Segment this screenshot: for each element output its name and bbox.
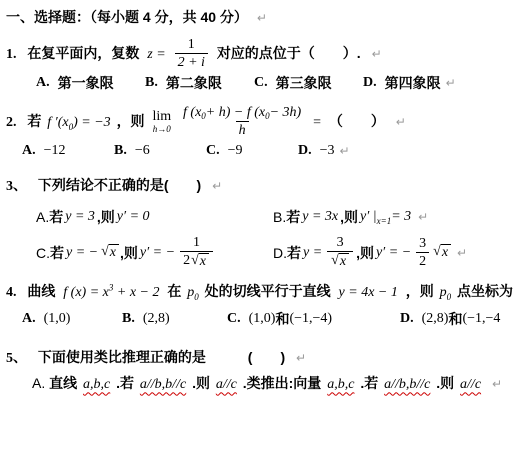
math-expression: a//c	[460, 377, 481, 392]
option-label: D.	[363, 75, 377, 91]
sqrt-radical: √x	[101, 244, 119, 261]
option-c: C. (1,0) 和 (−1,−4)	[227, 309, 400, 329]
paragraph-mark: ↵	[457, 246, 467, 260]
stem-text: ，则	[117, 113, 145, 129]
paragraph-mark: ↵	[396, 115, 406, 129]
fraction: 3 2	[416, 236, 429, 270]
option-text: 若	[50, 243, 64, 263]
option-b: B. −6	[114, 143, 206, 159]
answer-blank: （ ）	[329, 113, 385, 129]
option-text: 若	[49, 207, 63, 227]
question-2-options: A. −12 B. −6 C. −9 D. −3 ↵	[22, 143, 517, 159]
math-expression: p0	[187, 285, 199, 300]
option-label: A.	[36, 209, 49, 225]
option-text: .若	[116, 375, 134, 391]
exam-document: 一、选择题：（每小题 4 分，共 40 分） ↵ 1. 在复平面内，复数 z =…	[0, 0, 519, 393]
option-label: C.	[254, 75, 268, 91]
math-expression: a//b,b//c	[140, 377, 186, 392]
option-text: (1,0)	[249, 311, 276, 327]
limit-word: lim	[152, 110, 171, 124]
option-b: B. 若 y = 3x ,则 y′ |x=1= 3 ↵	[273, 207, 428, 227]
option-text: .若	[360, 375, 378, 391]
option-label: C.	[206, 143, 220, 159]
option-text: ,则	[340, 207, 358, 227]
option-label: D.	[400, 311, 414, 327]
denominator: h	[236, 121, 249, 139]
option-text: −3	[320, 143, 335, 159]
question-1-options: A. 第一象限 B. 第二象限 C. 第三象限 D. 第四象限 ↵	[36, 73, 517, 93]
numerator: f (x0 + h) − f (x0 − 3h)	[180, 105, 304, 121]
option-text: (−1,−4	[462, 311, 500, 327]
radical-sign: √	[433, 244, 441, 260]
stem-text: 对应的点位于（ ）.	[217, 45, 361, 61]
paragraph-mark: ↵	[492, 377, 502, 391]
radicand: x	[199, 253, 209, 270]
math-expression: f (x) = x3 + x − 2	[63, 285, 159, 300]
math-expression: a//c	[216, 377, 237, 392]
numerator: 3	[334, 235, 347, 251]
option-label: C.	[227, 311, 241, 327]
option-text: 第二象限	[166, 73, 222, 93]
option-label: A.	[32, 375, 45, 391]
math-expression: a,b,c	[83, 377, 110, 392]
numerator: 1	[185, 37, 198, 53]
stem-text: 若	[27, 113, 41, 129]
option-text: −6	[135, 143, 150, 159]
question-3-stem: 3、 下列结论不正确的是( ) ↵	[6, 175, 517, 195]
option-text: (−1,−4)	[289, 311, 332, 327]
option-d: D. 若 y = 3 √x ,则 y′ = − 3 2 √x ↵	[273, 235, 467, 270]
radicand: x	[441, 244, 451, 261]
option-d: D. (2,8) 和 (−1,−4	[400, 309, 500, 329]
radical-sign: √	[331, 253, 339, 269]
sqrt-radical: √x	[433, 244, 451, 261]
option-text: (2,8)	[143, 311, 170, 327]
option-c: C. −9	[206, 143, 298, 159]
math-expression: y′ = −	[140, 245, 175, 261]
paragraph-mark: ↵	[212, 179, 222, 193]
paragraph-mark: ↵	[418, 210, 428, 224]
numerator: 3	[416, 236, 429, 252]
option-d: D. 第四象限 ↵	[363, 73, 456, 93]
question-1-stem: 1. 在复平面内，复数 z = 1 2 + i 对应的点位于（ ）. ↵	[6, 37, 517, 71]
option-d: D. −3 ↵	[298, 143, 350, 159]
question-4-stem: 4. 曲线 f (x) = x3 + x − 2 在 p0 处的切线平行于直线 …	[6, 281, 517, 302]
option-text: 和	[448, 309, 462, 329]
denominator: √x	[327, 251, 353, 270]
limit-operator: lim h→0	[152, 110, 171, 134]
option-text: ,则	[97, 207, 115, 227]
section-title-text: 一、选择题：（每小题 4 分，共 40 分）	[6, 9, 248, 25]
option-label: A.	[22, 143, 36, 159]
section-title: 一、选择题：（每小题 4 分，共 40 分） ↵	[6, 7, 517, 27]
denominator: 2√x	[180, 251, 213, 270]
option-label: A.	[36, 75, 50, 91]
fraction: 3 √x	[327, 235, 353, 270]
question-5-stem: 5、 下面使用类比推理正确的是 ( ) ↵	[6, 347, 517, 367]
paragraph-mark: ↵	[257, 11, 267, 25]
option-a: A. 第一象限	[36, 73, 145, 93]
option-text: .则	[192, 375, 210, 391]
option-label: B.	[273, 209, 286, 225]
option-a: A. −12	[22, 143, 114, 159]
paragraph-mark: ↵	[446, 76, 456, 90]
option-text: 直线	[49, 375, 77, 391]
option-text: .类推出:向量	[243, 375, 322, 391]
math-expression: y = 3	[65, 209, 95, 225]
limit-subscript: h→0	[153, 125, 171, 134]
option-text: −9	[228, 143, 243, 159]
stem-text: ，则	[406, 283, 434, 299]
radical-sign: √	[101, 244, 109, 260]
question-number: 3、	[6, 179, 27, 194]
question-number: 4.	[6, 285, 17, 300]
math-expression: a,b,c	[327, 377, 354, 392]
math-expression: y′ = −	[376, 245, 411, 261]
stem-text: 在复平面内，复数	[27, 45, 139, 61]
math-expression: y = 4x − 1	[339, 285, 398, 300]
subscript: 0	[194, 291, 199, 301]
option-a: A. 若 y = 3 ,则 y′ = 0	[36, 207, 273, 227]
math-expression: z =	[147, 47, 165, 62]
radical-sign: √	[191, 253, 199, 269]
math-expression: y′ |x=1= 3	[360, 209, 411, 226]
answer-blank: ( )	[248, 349, 285, 365]
question-2-stem: 2. 若 f ′(x0) = −3 ，则 lim h→0 f (x0 + h) …	[6, 105, 517, 139]
option-text: 若	[286, 207, 300, 227]
subscript: 0	[447, 291, 452, 301]
option-b: B. 第二象限	[145, 73, 254, 93]
option-text: ,则	[120, 243, 138, 263]
fraction: 1 2√x	[180, 235, 213, 270]
option-c: C. 第三象限	[254, 73, 363, 93]
option-c: C. 若 y = − √x ,则 y′ = − 1 2√x	[36, 235, 273, 270]
question-number: 5、	[6, 351, 27, 366]
option-text: 第三象限	[276, 73, 332, 93]
math-expression: y =	[303, 245, 322, 261]
stem-text: 在	[167, 283, 181, 299]
option-text: ,则	[356, 243, 374, 263]
fraction: 1 2 + i	[175, 37, 208, 71]
sqrt-radical: √x	[331, 253, 349, 270]
stem-text: 下列结论不正确的是( )	[38, 177, 201, 193]
option-label: B.	[114, 143, 127, 159]
question-3-options-ab: A. 若 y = 3 ,则 y′ = 0 B. 若 y = 3x ,则 y′ |…	[36, 207, 517, 227]
math-expression: a//b,b//c	[384, 377, 430, 392]
math-expression: y′ = 0	[117, 209, 150, 225]
radicand: x	[339, 253, 349, 270]
option-a: A. (1,0)	[22, 311, 122, 327]
question-number: 2.	[6, 115, 17, 130]
option-text: 和	[275, 309, 289, 329]
question-number: 1.	[6, 47, 17, 62]
paragraph-mark: ↵	[372, 47, 382, 61]
question-3-options-cd: C. 若 y = − √x ,则 y′ = − 1 2√x D. 若 y = 3…	[36, 235, 517, 270]
math-expression: y = 3x	[302, 209, 338, 225]
sqrt-radical: √x	[191, 253, 209, 270]
option-b: B. (2,8)	[122, 311, 227, 327]
paragraph-mark: ↵	[296, 351, 306, 365]
option-label: B.	[145, 75, 158, 91]
question-4-options: A. (1,0) B. (2,8) C. (1,0) 和 (−1,−4) D. …	[22, 309, 517, 329]
fraction: f (x0 + h) − f (x0 − 3h) h	[180, 105, 304, 139]
option-label: D.	[273, 245, 287, 261]
radicand: x	[109, 244, 119, 261]
subscript: x=1	[377, 216, 392, 226]
math-expression: f ′(x0) = −3	[47, 115, 110, 130]
option-label: A.	[22, 311, 36, 327]
option-text: (2,8)	[422, 311, 449, 327]
option-text: 若	[287, 243, 301, 263]
option-label: D.	[298, 143, 312, 159]
stem-text: 处的切线平行于直线	[205, 283, 331, 299]
math-expression: p0	[440, 285, 452, 300]
option-label: C.	[36, 245, 50, 261]
stem-text: 下面使用类比推理正确的是	[38, 349, 206, 365]
question-5-option-a: A. 直线 a,b,c .若 a//b,b//c .则 a//c .类推出:向量…	[32, 373, 517, 393]
stem-text: 曲线	[27, 283, 55, 299]
option-text: −12	[44, 143, 66, 159]
equals-sign: =	[313, 115, 321, 130]
option-label: B.	[122, 311, 135, 327]
option-text: 第四象限	[385, 73, 441, 93]
denominator: 2	[416, 252, 429, 270]
stem-text: 点坐标为（	[457, 283, 519, 299]
option-text: 第一象限	[58, 73, 114, 93]
option-text: (1,0)	[44, 311, 71, 327]
numerator: 1	[190, 235, 203, 251]
paragraph-mark: ↵	[340, 144, 350, 158]
math-expression: y = −	[66, 245, 98, 261]
option-text: .则	[436, 375, 454, 391]
denominator: 2 + i	[175, 53, 208, 71]
